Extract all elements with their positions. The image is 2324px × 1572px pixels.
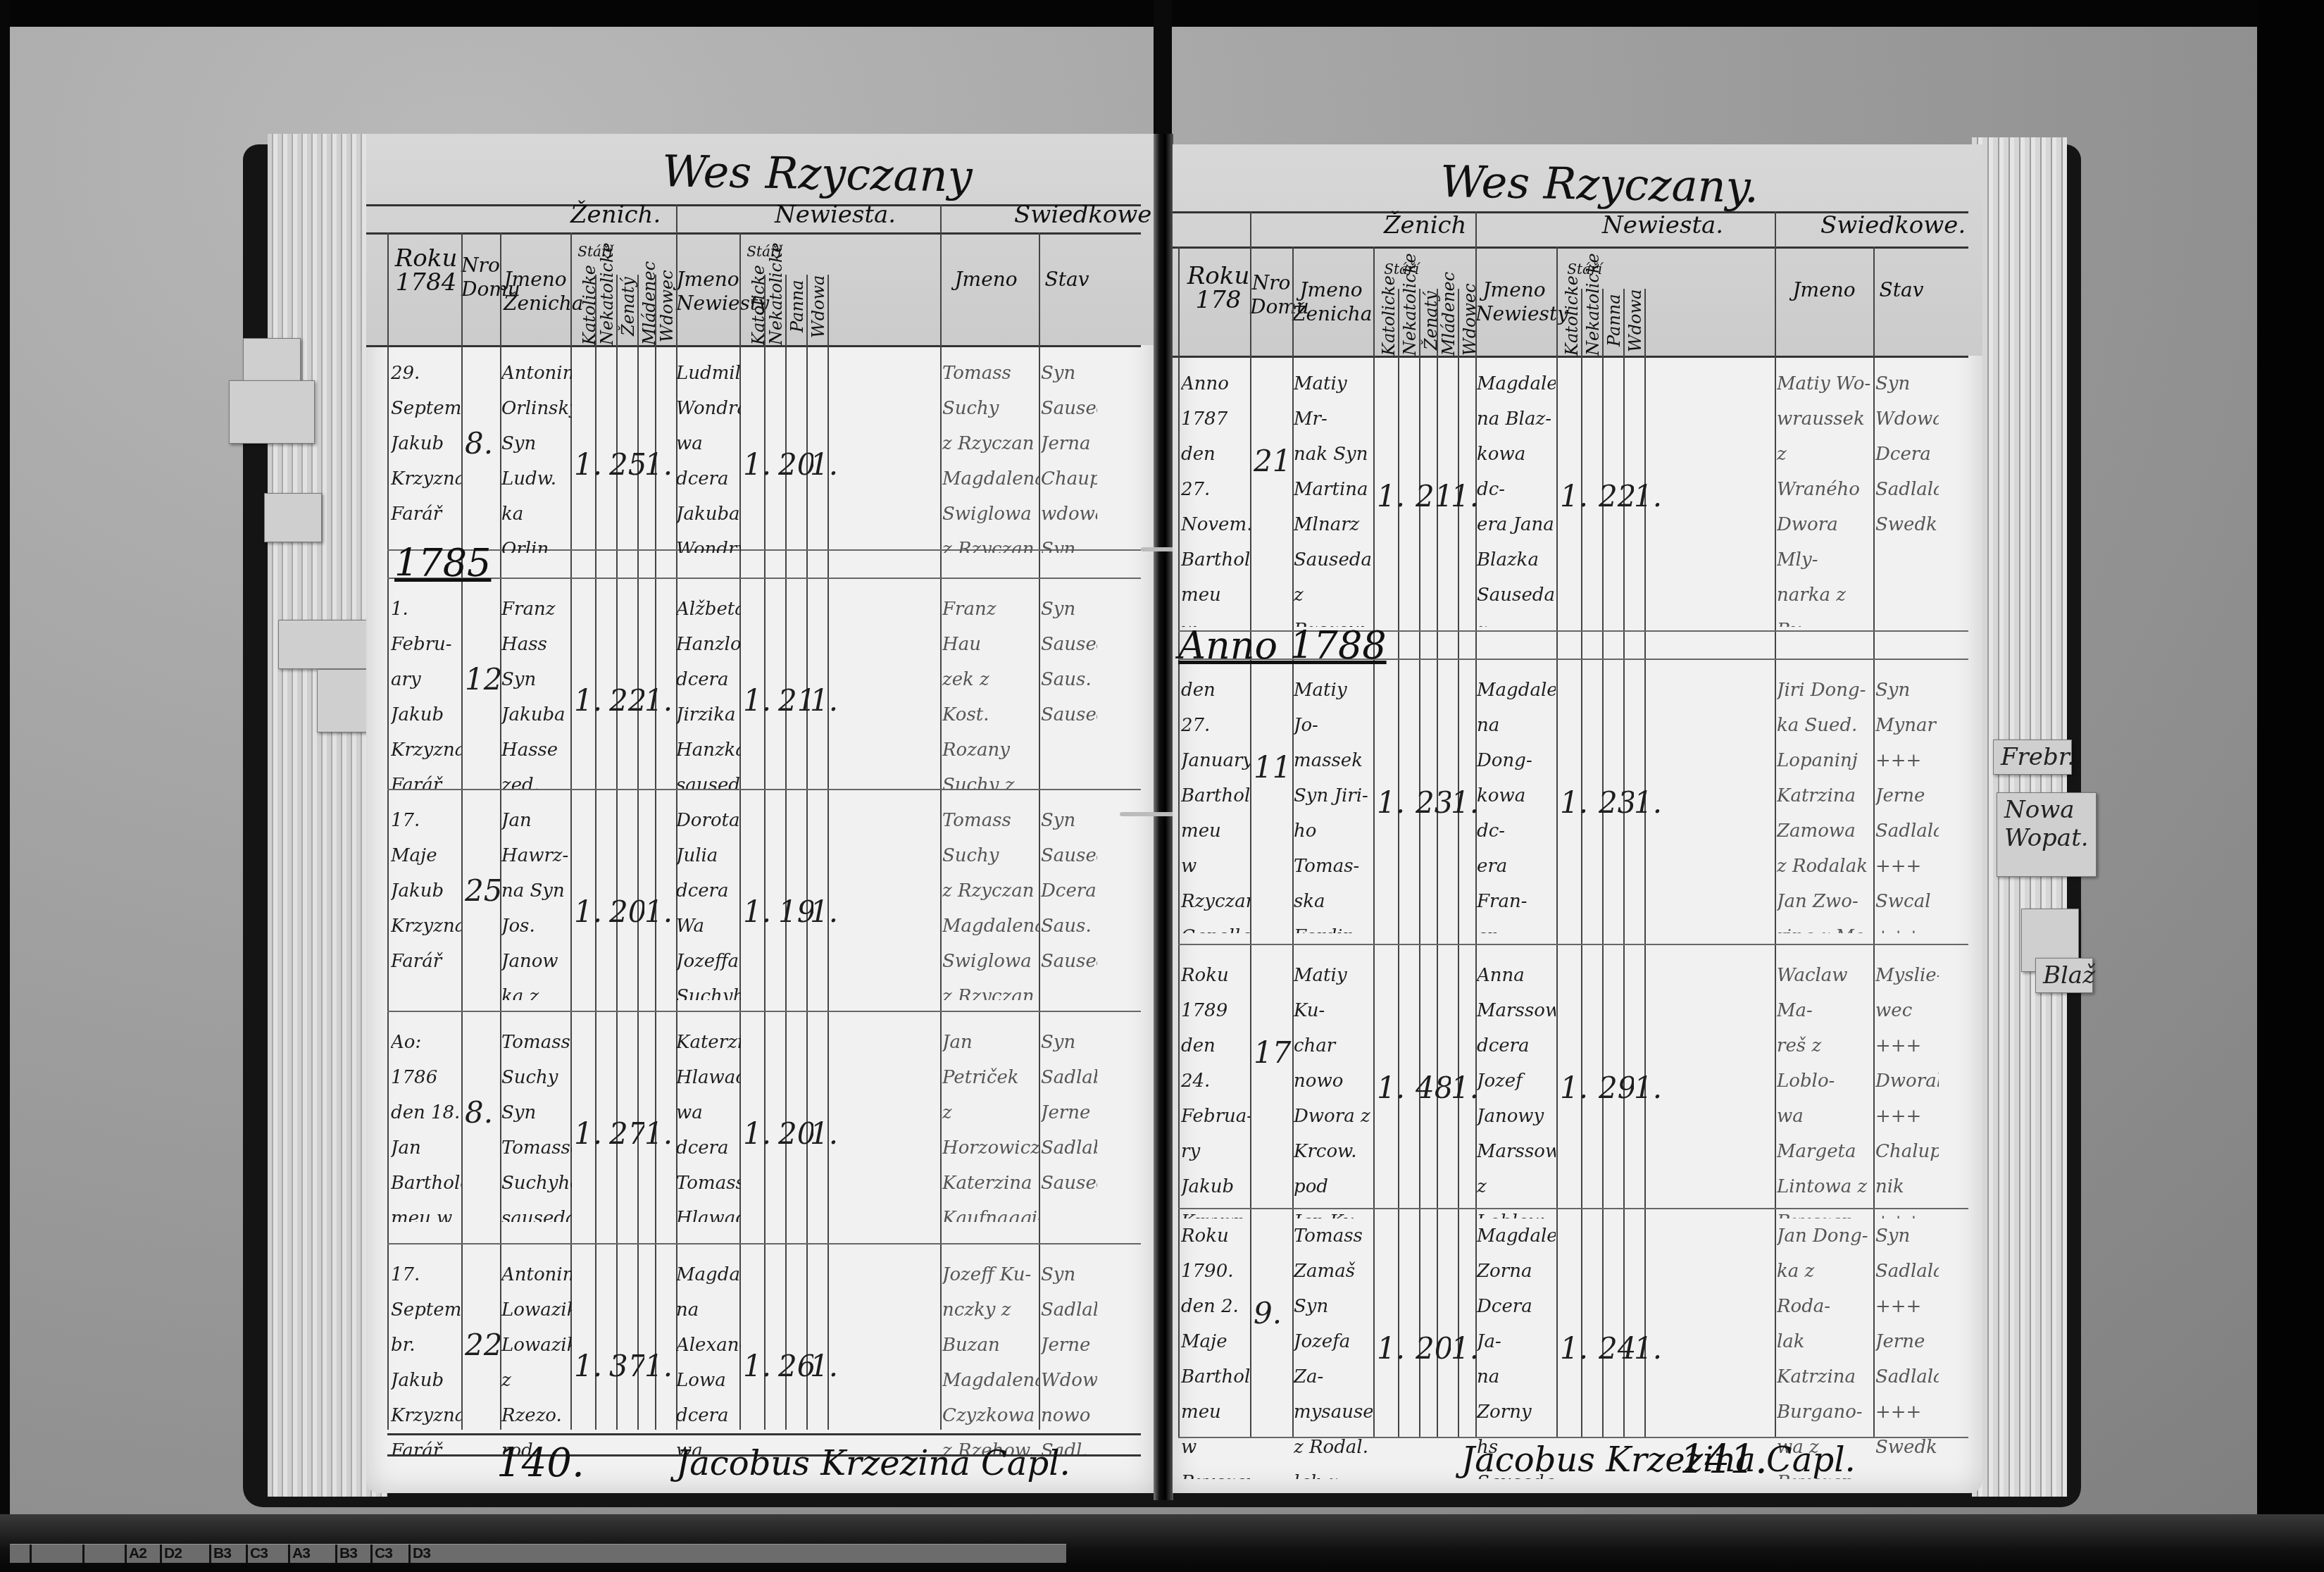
ruler-label: A2 xyxy=(129,1545,146,1562)
column-rule xyxy=(1581,289,1582,1437)
column-header-groom-widower: Wdowec xyxy=(655,268,679,345)
column-group-groom: Ženich. xyxy=(570,201,661,229)
column-header-witness-status: Stav xyxy=(1877,278,1926,302)
entry-groom-age-mark: 1. xyxy=(1377,479,1412,521)
entry-groom-age-mark: 1. xyxy=(644,447,680,489)
paper-marker xyxy=(229,380,315,444)
entry-house-number: 21. xyxy=(1254,444,1292,486)
column-header-witness-status: Stav xyxy=(1042,268,1092,292)
entry-bride-age-mark: 1. xyxy=(1560,479,1595,521)
column-rule xyxy=(1873,247,1875,1437)
column-header-bride-noncatholic: Nekatolicke xyxy=(764,268,788,345)
index-tab[interactable]: NowaWopat. xyxy=(1997,792,2097,877)
entry-date-officiant: Roku 1789 den 24. Februa- ry Jakub Krzyz… xyxy=(1181,958,1250,1218)
entry-witness-status: Syn Wdowa Dcera Sadlala Swedk. xyxy=(1875,366,1939,627)
scan-bottom-strip xyxy=(0,1514,2324,1572)
entry-house-number: 12. xyxy=(465,662,500,704)
entry-house-number: 25. xyxy=(465,873,500,916)
ruler-tick xyxy=(209,1545,211,1563)
index-tab[interactable]: Frebr. xyxy=(1993,740,2072,775)
column-rule xyxy=(1437,289,1438,1437)
ruler-tick xyxy=(370,1545,373,1563)
column-header-year: Roku 178 xyxy=(1180,264,1257,312)
entry-groom-age-mark: 1. xyxy=(644,1116,680,1159)
signature: Jacobus Krzezina Capl. xyxy=(1461,1440,1856,1480)
entry-witness-status: Syn Saused. Jerna Chaupl. wdowa Syn Heta xyxy=(1041,356,1097,553)
column-rule xyxy=(387,232,389,1430)
column-rule xyxy=(940,204,942,1430)
entry-groom: Antonin Orlinský Syn Ludw. ka Orlin ka z… xyxy=(501,356,572,553)
entry-groom-age-mark: 23. xyxy=(1416,785,1451,828)
entry-bride-age-mark: 1. xyxy=(1560,1331,1595,1373)
column-header-bride-name: Jmeno Newiesty xyxy=(1475,278,1553,326)
entry-date-officiant: Anno 1787 den 27. Novem. Bartholo- meu w… xyxy=(1181,366,1250,627)
entry-bride-age-mark: 20. xyxy=(778,447,813,489)
column-header-bride-maiden: Panna xyxy=(1602,285,1626,356)
entry-bride-age-mark: 23. xyxy=(1599,785,1634,828)
column-header-bride-noncatholic: Nekatolicke xyxy=(1581,285,1605,356)
entry-bride-age-mark: 24. xyxy=(1599,1331,1634,1373)
column-header-groom-catholic: Katolicke xyxy=(1377,285,1401,356)
column-header-bride-catholic: Katolicke xyxy=(1560,285,1584,356)
column-header-witness-name: Jmeno xyxy=(944,268,1028,292)
entry-witness-status: Syn Sadlala +++ Jerne Sadlala +++ Swedk. xyxy=(1875,1218,1939,1479)
entry-witnesses: Franz Hau zek z Kost. Rozany Suchy z Ko-… xyxy=(942,592,1039,789)
entry-groom-age-mark: 1. xyxy=(574,894,609,937)
entry-house-number: 17. xyxy=(1254,1035,1292,1078)
entry-groom: Matiy Jo- massek Syn Jiri- ho Tomas- ska… xyxy=(1294,673,1373,933)
entry-bride-age-mark: 1. xyxy=(1560,1071,1595,1113)
column-header-house-no: Nro Domu xyxy=(1250,271,1292,319)
entry-date-officiant: Ao: 1786 den 18. Jan Bartholo- meu w Rzy… xyxy=(391,1025,461,1222)
column-rule xyxy=(1250,211,1251,1437)
entry-house-number: 8. xyxy=(465,426,500,468)
rule xyxy=(366,232,1141,235)
entry-witnesses: Matiy Wo- wraussek z Wraného Dwora Mly- … xyxy=(1777,366,1873,627)
entry-groom: Matiy Mr- nak Syn Martina Mlnarz Sauseda… xyxy=(1294,366,1373,627)
entry-date-officiant: den 27. January Bartholo- meu w Rzyczan … xyxy=(1181,673,1250,933)
entry-date-officiant: 17. Septem br. Jakub Krzyzna Farář w Rze… xyxy=(391,1257,461,1454)
left-page: Wes Rzyczany Ženich. Newiesta. Swiedkowe… xyxy=(366,134,1155,1493)
entry-bride-age-mark: 1. xyxy=(1634,785,1669,828)
entry-witnesses: Jan Petriček z Horzowicz Katerzina Kaufn… xyxy=(942,1025,1039,1222)
entry-groom-age-mark: 21. xyxy=(1416,479,1451,521)
signature: Jacobus Krzezina Capl. xyxy=(676,1444,1070,1483)
ruler-tick xyxy=(125,1545,127,1563)
column-header-house-no: Nro Domu xyxy=(461,254,496,301)
entry-bride-age-mark: 22. xyxy=(1599,479,1634,521)
entry-date-officiant: 17. Maje Jakub Krzyzna Farář xyxy=(391,803,461,1000)
column-rule xyxy=(1178,247,1180,1437)
entry-groom: Matiy Ku- char nowo Dwora z Krcow. pod J… xyxy=(1294,958,1373,1218)
entry-bride: Magdale- na Alexan- Lowa dcera wa Mag. K… xyxy=(676,1257,741,1454)
column-group-witnesses: Swiedkowe. xyxy=(1014,201,1159,229)
column-rule xyxy=(461,232,463,1430)
entry-bride: Katerzina Hlawaczko- wa dcera Tomasse Hl… xyxy=(676,1025,741,1222)
folio-number: 140. xyxy=(496,1440,585,1486)
column-header-groom-noncatholic: Nekatolicke xyxy=(595,268,619,345)
entry-groom: Jan Hawrz- na Syn Jos. Janow ka z Jindra… xyxy=(501,803,572,1000)
entry-witness-status: Syn Saused. Saus. Saused. xyxy=(1041,592,1097,789)
row-rule xyxy=(387,578,1141,579)
column-header-bride-name: Jmeno Newiesty xyxy=(676,268,739,316)
entry-groom: Franz Hass Syn Jakuba Hasse zed. zada z … xyxy=(501,592,572,789)
column-rule xyxy=(1623,289,1625,1437)
entry-bride-age-mark: 20. xyxy=(778,1116,813,1159)
index-tab-label: Nowa xyxy=(2004,796,2075,824)
entry-bride-age-mark: 1. xyxy=(743,447,778,489)
entry-groom-age-mark: 25. xyxy=(609,447,644,489)
entry-witnesses: Jozeff Ku- nczky z Buzan Magdalena Czyzk… xyxy=(942,1257,1039,1454)
row-rule xyxy=(387,789,1141,790)
paper-marker xyxy=(278,620,371,669)
scan-border-right xyxy=(2257,0,2324,1572)
folio-number: 141. xyxy=(1680,1437,1768,1483)
entry-bride-age-mark: 1. xyxy=(743,1116,778,1159)
column-group-witnesses: Swiedkowe. xyxy=(1820,211,1966,239)
column-header-groom-married: Ženatý xyxy=(616,268,640,345)
entry-witness-status: Syn Sadlala Jerne Wdowa nowo Sadl. xyxy=(1041,1257,1097,1454)
entry-bride-age-mark: 1. xyxy=(810,1349,845,1391)
row-rule xyxy=(387,1011,1141,1012)
entry-bride-age-mark: 1. xyxy=(743,683,778,725)
ruler-tick xyxy=(30,1545,32,1563)
entry-witnesses: Jiri Dong- ka Sued. Lopaninj Katrzina Za… xyxy=(1777,673,1873,933)
entry-witness-status: Syn Sadlaby Jerne Sadlaby Saused. xyxy=(1041,1025,1097,1222)
entry-groom-age-mark: 37. xyxy=(609,1349,644,1391)
column-rule xyxy=(1602,289,1604,1437)
scanner-calibration-ruler: A2D2B3C3A3B3C3D3 xyxy=(10,1544,1066,1563)
column-group-groom: Ženich xyxy=(1384,211,1466,239)
rule xyxy=(366,345,1141,347)
column-header-groom-name: Jmeno Ženicha xyxy=(504,268,567,316)
index-tab-label: Blaž xyxy=(2043,961,2095,990)
entry-witnesses: Tomass Suchy z Rzyczan Magdalena Swiglow… xyxy=(942,356,1039,553)
entry-groom-age-mark: 1. xyxy=(574,683,609,725)
paper-marker xyxy=(264,493,322,542)
entry-bride: Magdale- na Dong- kowa dc- era Fran- cr … xyxy=(1477,673,1556,933)
entry-house-number: 22. xyxy=(465,1328,500,1370)
entry-groom-age-mark: 1. xyxy=(574,1349,609,1391)
entry-bride-age-mark: 1. xyxy=(810,683,845,725)
scan-border-left xyxy=(0,0,10,1572)
column-rule xyxy=(1644,289,1646,1437)
entry-bride-age-mark: 1. xyxy=(743,894,778,937)
ruler-tick xyxy=(288,1545,290,1563)
index-tab-label: Frebr. xyxy=(2001,743,2075,771)
entry-date-officiant: 1. Febru- ary Jakub Krzyzna Farář xyxy=(391,592,461,789)
entry-bride: Dorota Julia dcera Wa Jozeffa Suchyho ha… xyxy=(676,803,741,1000)
entry-groom-age-mark: 48. xyxy=(1416,1071,1451,1113)
entry-witnesses: Waclaw Ma- reš z Loblo- wa Margeta Linto… xyxy=(1777,958,1873,1218)
column-rule xyxy=(1373,247,1375,1437)
ruler-tick xyxy=(160,1545,162,1563)
entry-bride-age-mark: 1. xyxy=(1634,479,1669,521)
entry-bride: Anna Marssowa dcera Jozef Janowy Marssow… xyxy=(1477,958,1556,1218)
entry-witness-status: Syn Mynar +++ Jerne Sadlala +++ Swcal ++… xyxy=(1875,673,1939,933)
right-page: Wes Rzyczany. Ženich Newiesta. Swiedkowe… xyxy=(1173,144,1982,1493)
ruler-tick xyxy=(335,1545,337,1563)
ruler-label: B3 xyxy=(339,1545,357,1562)
ruler-tick xyxy=(82,1545,85,1563)
entry-groom-age-mark: 1. xyxy=(1377,1071,1412,1113)
entry-bride-age-mark: 19. xyxy=(778,894,813,937)
column-header-bride-widow: Wdowa xyxy=(1623,285,1647,356)
index-tab-label: Wopat. xyxy=(2004,824,2089,852)
year-marker: Anno 1788 xyxy=(1178,623,1387,668)
entry-groom-age-mark: 1. xyxy=(644,894,680,937)
entry-bride-age-mark: 1. xyxy=(810,447,845,489)
entry-groom-age-mark: 20. xyxy=(1416,1331,1451,1373)
column-header-groom-noncatholic: Nekatolicke xyxy=(1398,285,1422,356)
page-title: Wes Rzyczany xyxy=(661,145,973,202)
entry-bride-age-mark: 21. xyxy=(778,683,813,725)
entry-groom-age-mark: 1. xyxy=(574,1116,609,1159)
ruler-label: D3 xyxy=(413,1545,430,1562)
column-group-bride: Newiesta. xyxy=(775,201,896,229)
column-rule xyxy=(1419,289,1420,1437)
entry-groom-age-mark: 20. xyxy=(609,894,644,937)
column-rule xyxy=(1458,289,1459,1437)
entry-groom: Tomass Zamaš Syn Jozefa Za- mysaused. z … xyxy=(1294,1218,1373,1479)
entry-witness-status: Syn Saused. Dcera Saus. Saused. xyxy=(1041,803,1097,1000)
ruler-tick xyxy=(246,1545,248,1563)
entry-house-number: 11. xyxy=(1254,750,1292,792)
entry-bride-age-mark: 1. xyxy=(743,1349,778,1391)
entry-bride-age-mark: 1. xyxy=(810,894,845,937)
column-rule xyxy=(1398,289,1399,1437)
entry-date-officiant: 29. Septem Jakub Krzyzna Farář xyxy=(391,356,461,553)
ruler-label: D2 xyxy=(164,1545,182,1562)
entry-bride-age-mark: 1. xyxy=(1560,785,1595,828)
ruler-tick xyxy=(408,1545,411,1563)
entry-witness-status: Myslie- wec +++ Dworak +++ Chalup- nik +… xyxy=(1875,958,1939,1218)
column-rule xyxy=(1556,247,1558,1437)
entry-bride-age-mark: 29. xyxy=(1599,1071,1634,1113)
entry-bride-age-mark: 1. xyxy=(1634,1071,1669,1113)
book-gutter xyxy=(1154,134,1173,1500)
entry-groom-age-mark: 1. xyxy=(644,683,680,725)
entry-bride-age-mark: 1. xyxy=(810,1116,845,1159)
column-header-bride-widow: Wdowa xyxy=(806,268,830,345)
entry-house-number: 8. xyxy=(465,1095,500,1137)
column-rule xyxy=(1775,211,1776,1437)
entry-bride-age-mark: 1. xyxy=(1634,1331,1669,1373)
index-tab[interactable]: Blaž xyxy=(2035,958,2093,993)
entry-groom-age-mark: 1. xyxy=(574,447,609,489)
page-title: Wes Rzyczany. xyxy=(1439,156,1758,213)
row-rule xyxy=(1178,944,1968,945)
column-header-groom-bachelor: Mládenec xyxy=(1437,285,1461,356)
entry-date-officiant: Roku 1790. den 2. Maje Bartholo- meu w R… xyxy=(1181,1218,1250,1479)
column-group-bride: Newiesta. xyxy=(1602,211,1723,239)
entry-bride-age-mark: 26. xyxy=(778,1349,813,1391)
entry-groom-age-mark: 1. xyxy=(1377,785,1412,828)
ruler-label: C3 xyxy=(375,1545,392,1562)
entry-bride: Alžbeta Hanzlowa dcera Jirzika Hanzka sa… xyxy=(676,592,741,789)
entry-witnesses: Tomass Suchy z Rzyczan Magdalena Swiglow… xyxy=(942,803,1039,1000)
entry-groom-age-mark: 27. xyxy=(609,1116,644,1159)
entry-groom-age-mark: 1. xyxy=(644,1349,680,1391)
column-header-witness-name: Jmeno xyxy=(1778,278,1870,302)
ruler-label: B3 xyxy=(213,1545,231,1562)
entry-house-number: 9. xyxy=(1254,1296,1292,1338)
column-header-year: Roku 1784 xyxy=(394,247,458,294)
entry-groom: Antonin Lowazik Lowazik z Rzezo. rod. Ja… xyxy=(501,1257,572,1454)
entry-bride: Ludmila Wondra- wa dcera Jakuba Wondry z… xyxy=(676,356,741,553)
entry-groom: Tomass Suchy Syn Tomasse Suchyho sauseda… xyxy=(501,1025,572,1222)
entry-groom-age-mark: 1. xyxy=(1377,1331,1412,1373)
column-header-groom-name: Jmeno Ženicha xyxy=(1292,278,1370,326)
entry-groom-age-mark: 22. xyxy=(609,683,644,725)
scan-frame-divider xyxy=(1154,0,1172,151)
column-header-bride-maiden: Panna xyxy=(785,268,809,345)
entry-bride: Magdale- na Blaz- kowa dc- era Jana Blaz… xyxy=(1477,366,1556,627)
ruler-label: A3 xyxy=(292,1545,310,1562)
row-rule xyxy=(387,1243,1141,1244)
ruler-label: C3 xyxy=(250,1545,268,1562)
